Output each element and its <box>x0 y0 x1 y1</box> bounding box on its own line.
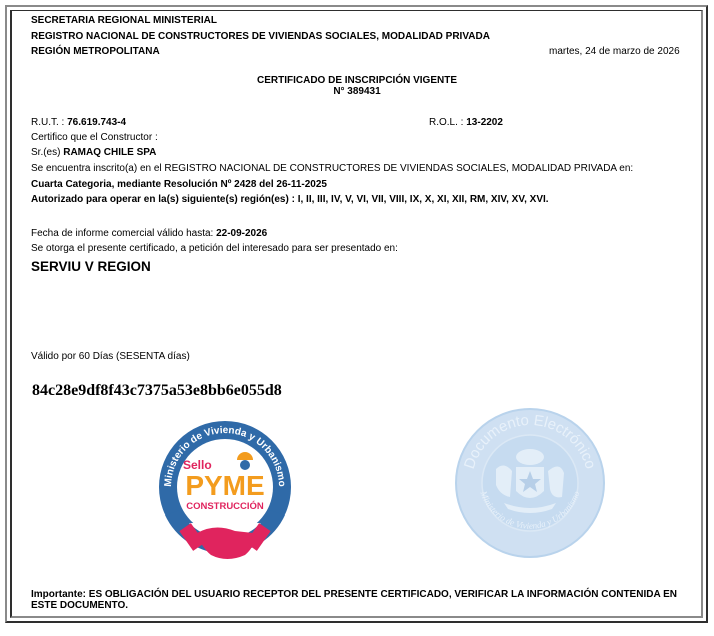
constructor-line: Sr.(es) RAMAQ CHILE SPA <box>31 147 156 159</box>
fecha-value: 22-09-2026 <box>216 228 267 239</box>
fecha-label: Fecha de informe comercial válido hasta: <box>31 228 216 239</box>
header-date: martes, 24 de marzo de 2026 <box>549 46 680 58</box>
certificate-number: N° 389431 <box>0 86 714 98</box>
rut-line: R.U.T. : 76.619.743-4 <box>31 117 126 129</box>
rol-line: R.O.L. : 13-2202 <box>429 117 503 129</box>
documento-electronico-seal: Documento Electrónico Ministerio de Vivi… <box>452 405 608 561</box>
inscrito-text: Se encuentra inscrito(a) en el REGISTRO … <box>31 163 633 175</box>
regiones-text: Autorizado para operar en la(s) siguient… <box>31 194 549 206</box>
validez-text: Válido por 60 Días (SESENTA días) <box>31 351 190 363</box>
otorga-text: Se otorga el presente certificado, a pet… <box>31 243 398 255</box>
certifico-text: Certifico que el Constructor : <box>31 132 158 144</box>
header-secretaria: SECRETARIA REGIONAL MINISTERIAL <box>31 15 217 27</box>
sr-label: Sr.(es) <box>31 147 63 158</box>
sello-pyme-seal: Ministerio de Vivienda y Urbanismo Sello… <box>145 405 305 575</box>
verification-hash: 84c28e9df8f43c7375a53e8bb6e055d8 <box>32 382 282 400</box>
fecha-line: Fecha de informe comercial válido hasta:… <box>31 228 267 240</box>
rut-label: R.U.T. : <box>31 117 67 128</box>
destino-text: SERVIU V REGION <box>31 259 151 275</box>
rol-value: 13-2202 <box>466 117 503 128</box>
categoria-text: Cuarta Categoria, mediante Resolución Nº… <box>31 179 327 191</box>
rol-label: R.O.L. : <box>429 117 466 128</box>
rut-value: 76.619.743-4 <box>67 117 126 128</box>
constructor-name: RAMAQ CHILE SPA <box>63 147 156 158</box>
header-registro: REGISTRO NACIONAL DE CONSTRUCTORES DE VI… <box>31 31 490 43</box>
seal-construccion-text: CONSTRUCCIÓN <box>186 500 264 512</box>
header-region: REGIÓN METROPOLITANA <box>31 46 160 58</box>
seal-pyme-text: PYME <box>185 470 264 501</box>
importante-text-2: ESTE DOCUMENTO. <box>31 600 128 612</box>
